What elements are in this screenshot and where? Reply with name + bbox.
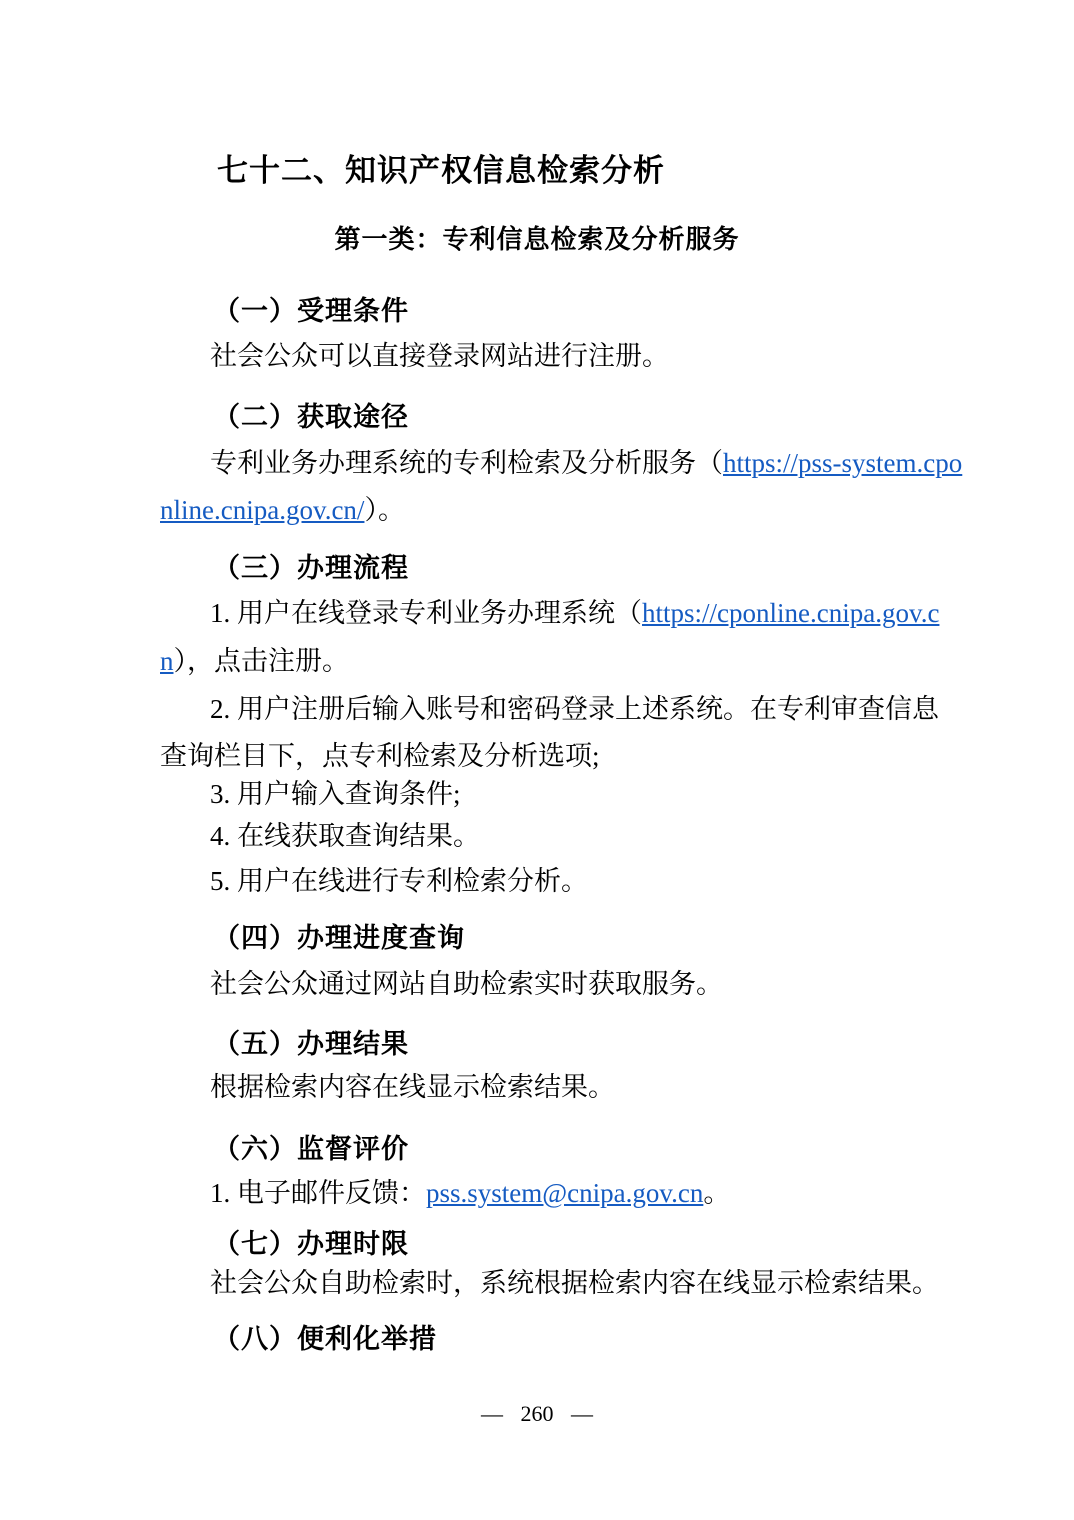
line-text: 专利业务办理系统的专利检索及分析服务（ — [210, 448, 723, 478]
doc-title: 七十二、知识产权信息检索分析 — [217, 155, 665, 186]
page-number: — 260 — — [0, 1403, 1074, 1425]
line-text: 1. 用户在线登录专利业务办理系统（ — [210, 598, 642, 628]
section-heading-2: （二）获取途径 — [213, 404, 409, 431]
document-page: 七十二、知识产权信息检索分析 第一类：专利信息检索及分析服务 （一）受理条件 社… — [0, 0, 1074, 1520]
section-heading-1: （一）受理条件 — [213, 298, 409, 325]
list-item-line: n），点击注册。 — [160, 648, 349, 675]
paragraph-line: 1. 电子邮件反馈：pss.system@cnipa.gov.cn。 — [210, 1180, 730, 1207]
cponline-hyperlink-wrap[interactable]: n — [160, 646, 174, 676]
paragraph-line: nline.cnipa.gov.cn/）。 — [160, 497, 405, 524]
cponline-hyperlink[interactable]: https://cponline.cnipa.gov.c — [642, 598, 939, 628]
list-item-line: 3. 用户输入查询条件; — [210, 781, 461, 808]
section-heading-8: （八）便利化举措 — [213, 1326, 437, 1353]
paragraph-line: 社会公众可以直接登录网站进行注册。 — [210, 343, 669, 370]
line-text: 。 — [703, 1178, 730, 1208]
list-item-line: 1. 用户在线登录专利业务办理系统（https://cponline.cnipa… — [210, 600, 939, 627]
list-item-line: 4. 在线获取查询结果。 — [210, 823, 480, 850]
line-text: ），点击注册。 — [174, 646, 350, 676]
section-heading-7: （七）办理时限 — [213, 1231, 409, 1258]
list-item-line: 查询栏目下，点专利检索及分析选项; — [160, 743, 600, 770]
section-heading-4: （四）办理进度查询 — [213, 925, 465, 952]
list-item-line: 5. 用户在线进行专利检索分析。 — [210, 868, 588, 895]
list-item-line: 2. 用户注册后输入账号和密码登录上述系统。在专利审查信息 — [210, 696, 939, 723]
paragraph-line: 根据检索内容在线显示检索结果。 — [210, 1074, 615, 1101]
line-text: ）。 — [364, 495, 405, 525]
paragraph-line: 社会公众自助检索时，系统根据检索内容在线显示检索结果。 — [210, 1270, 939, 1297]
doc-subtitle: 第一类：专利信息检索及分析服务 — [0, 226, 1074, 252]
paragraph-line: 专利业务办理系统的专利检索及分析服务（https://pss-system.cp… — [210, 450, 962, 477]
section-heading-5: （五）办理结果 — [213, 1031, 409, 1058]
pss-system-hyperlink-wrap[interactable]: nline.cnipa.gov.cn/ — [160, 495, 364, 525]
section-heading-3: （三）办理流程 — [213, 555, 409, 582]
section-heading-6: （六）监督评价 — [213, 1136, 409, 1163]
paragraph-line: 社会公众通过网站自助检索实时获取服务。 — [210, 971, 723, 998]
feedback-email-link[interactable]: pss.system@cnipa.gov.cn — [426, 1178, 703, 1208]
line-text: 1. 电子邮件反馈： — [210, 1178, 426, 1208]
pss-system-hyperlink[interactable]: https://pss-system.cpo — [723, 448, 962, 478]
